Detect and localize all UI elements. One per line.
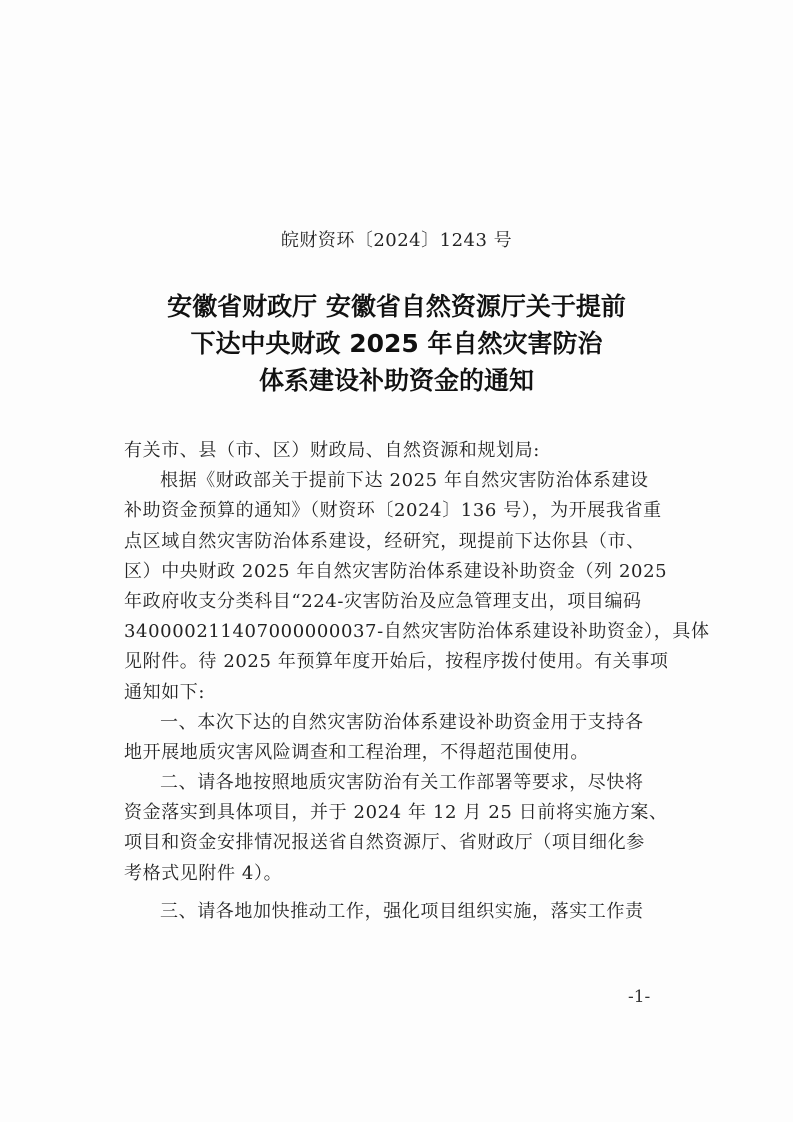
paragraph-line: 区）中央财政 2025 年自然灾害防治体系建设补助资金（列 2025 <box>124 557 684 587</box>
paragraph-line: 340000211407000000037-自然灾害防治体系建设补助资金），具体 <box>124 617 684 647</box>
paragraph-line: 根据《财政部关于提前下达 2025 年自然灾害防治体系建设 <box>124 466 684 496</box>
paragraph-line: 地开展地质灾害风险调查和工程治理，不得超范围使用。 <box>124 738 684 768</box>
addressee: 有关市、县（市、区）财政局、自然资源和规划局: <box>124 436 684 466</box>
paragraph-intro: 根据《财政部关于提前下达 2025 年自然灾害防治体系建设 补助资金预算的通知》… <box>124 466 684 708</box>
paragraph-line: 一、本次下达的自然灾害防治体系建设补助资金用于支持各 <box>124 708 684 738</box>
paragraph-line: 年政府收支分类科目“224-灾害防治及应急管理支出，项目编码 <box>124 587 684 617</box>
paragraph-item-3: 三、请各地加快推动工作，强化项目组织实施，落实工作责 <box>124 897 684 927</box>
page-number: -1- <box>628 987 650 1007</box>
title-line: 安徽省财政厅 安徽省自然资源厅关于提前 <box>100 288 693 325</box>
paragraph-line: 项目和资金安排情况报送省自然资源厅、省财政厅（项目细化参 <box>124 828 684 858</box>
document-title: 安徽省财政厅 安徽省自然资源厅关于提前 下达中央财政 2025 年自然灾害防治 … <box>100 288 693 399</box>
paragraph-line: 点区域自然灾害防治体系建设，经研究，现提前下达你县（市、 <box>124 527 684 557</box>
paragraph-gap <box>124 889 684 897</box>
paragraph-line: 资金落实到具体项目，并于 2024 年 12 月 25 日前将实施方案、 <box>124 798 684 828</box>
paragraph-line: 补助资金预算的通知》（财资环〔2024〕136 号），为开展我省重 <box>124 496 684 526</box>
paragraph-item-2: 二、请各地按照地质灾害防治有关工作部署等要求，尽快将 资金落实到具体项目，并于 … <box>124 768 684 889</box>
paragraph-item-1: 一、本次下达的自然灾害防治体系建设补助资金用于支持各 地开展地质灾害风险调查和工… <box>124 708 684 768</box>
paragraph-line: 通知如下: <box>124 678 684 708</box>
document-number: 皖财资环〔2024〕1243 号 <box>0 226 793 252</box>
paragraph-line: 见附件。待 2025 年预算年度开始后，按程序拨付使用。有关事项 <box>124 647 684 677</box>
document-body: 有关市、县（市、区）财政局、自然资源和规划局: 根据《财政部关于提前下达 202… <box>124 436 684 927</box>
title-line: 体系建设补助资金的通知 <box>100 362 693 399</box>
paragraph-line: 考格式见附件 4）。 <box>124 859 684 889</box>
paragraph-line: 三、请各地加快推动工作，强化项目组织实施，落实工作责 <box>124 897 684 927</box>
title-line: 下达中央财政 2025 年自然灾害防治 <box>100 325 693 362</box>
document-page: 皖财资环〔2024〕1243 号 安徽省财政厅 安徽省自然资源厅关于提前 下达中… <box>0 0 793 1122</box>
paragraph-line: 二、请各地按照地质灾害防治有关工作部署等要求，尽快将 <box>124 768 684 798</box>
